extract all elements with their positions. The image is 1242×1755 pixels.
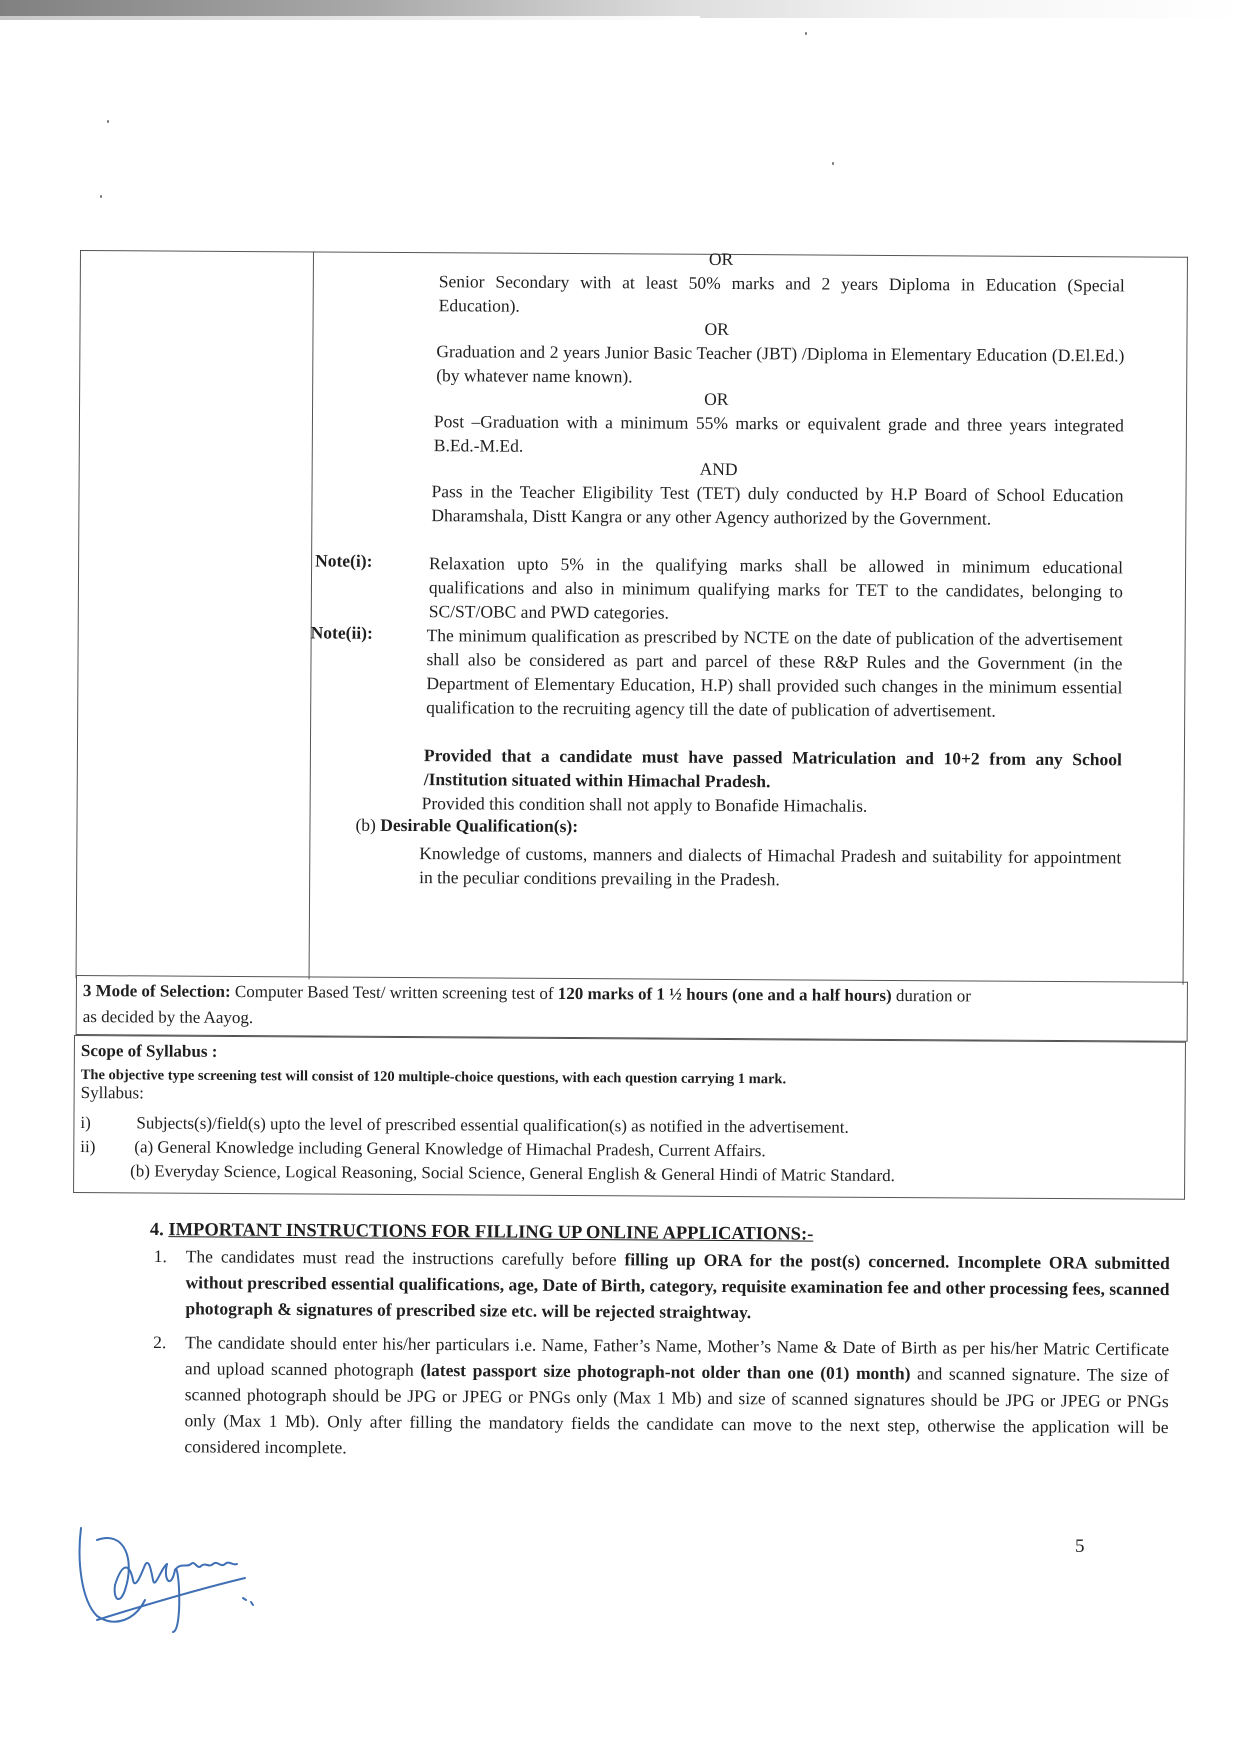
or-separator: OR [704, 389, 728, 410]
note-ii-text: The minimum qualification as prescribed … [426, 623, 1123, 723]
syllabus-heading: Scope of Syllabus : [81, 1040, 218, 1063]
desirable-heading: (b) Desirable Qualification(s): [355, 813, 755, 839]
syllabus-item-num: ii) [80, 1136, 95, 1158]
instruction-text: The candidates must read the instruction… [186, 1246, 625, 1269]
desirable-prefix: (b) [355, 815, 380, 835]
syllabus-item-num: i) [80, 1112, 91, 1134]
mode-of-selection-line1: 3 Mode of Selection: Computer Based Test… [83, 980, 971, 1007]
proviso-bold: Provided that a candidate must have pass… [424, 743, 1122, 795]
scan-speck [805, 32, 807, 35]
syllabus-objective-note: The objective type screening test will c… [81, 1064, 786, 1090]
instruction-number: 1. [154, 1243, 167, 1269]
qualification-option: Graduation and 2 years Junior Basic Teac… [436, 339, 1124, 391]
instructions-section: 4. IMPORTANT INSTRUCTIONS FOR FILLING UP… [148, 1220, 1170, 1466]
tet-requirement: Pass in the Teacher Eligibility Test (TE… [431, 479, 1123, 531]
qualification-option: Post –Graduation with a minimum 55% mark… [434, 409, 1124, 461]
scan-shadow-edge [0, 16, 700, 20]
mode-of-selection-line2: as decided by the Aayog. [83, 1006, 254, 1029]
or-separator: OR [704, 319, 728, 340]
desirable-heading-text: Desirable Qualification(s): [380, 815, 578, 836]
instructions-number: 4. [150, 1220, 164, 1240]
and-separator: AND [700, 459, 738, 480]
desirable-text: Knowledge of customs, manners and dialec… [419, 841, 1121, 893]
qualification-option: Senior Secondary with at least 50% marks… [439, 269, 1125, 321]
syllabus-label: Syllabus: [81, 1082, 144, 1104]
mode-of-selection-box: 3 Mode of Selection: Computer Based Test… [76, 975, 1188, 1042]
signature-icon [75, 1520, 285, 1635]
or-separator: OR [709, 249, 733, 270]
instruction-item: 2. The candidate should enter his/her pa… [148, 1329, 1169, 1466]
instruction-item: 1. The candidates must read the instruct… [149, 1243, 1170, 1328]
mode-duration: 120 marks of 1 ½ hours (one and a half h… [558, 984, 892, 1005]
syllabus-item: Subjects(s)/field(s) upto the level of p… [136, 1112, 848, 1138]
instruction-number: 2. [153, 1329, 166, 1355]
mode-text: Computer Based Test/ written screening t… [231, 982, 558, 1003]
note-i-text: Relaxation upto 5% in the qualifying mar… [429, 551, 1123, 627]
note-i-label: Note(i): [315, 550, 372, 571]
table-column-divider [309, 252, 314, 979]
note-ii-label: Note(ii): [311, 622, 373, 643]
mode-of-selection-label: 3 Mode of Selection: [83, 981, 231, 1001]
syllabus-sub-item-b: (b) Everyday Science, Logical Reasoning,… [130, 1160, 895, 1187]
qualifications-table: OR Senior Secondary with at least 50% ma… [76, 250, 1188, 985]
instructions-title-text: IMPORTANT INSTRUCTIONS FOR FILLING UP ON… [168, 1220, 813, 1245]
scan-speck [832, 162, 834, 165]
instruction-text-bold: (latest passport size photograph-not old… [420, 1360, 910, 1383]
scan-speck [107, 120, 109, 123]
scan-speck [100, 195, 102, 198]
syllabus-item: (a) General Knowledge including General … [134, 1136, 765, 1162]
page-number: 5 [1075, 1536, 1085, 1558]
syllabus-box: Scope of Syllabus : The objective type s… [73, 1035, 1186, 1200]
mode-text-end: duration or [892, 986, 971, 1005]
